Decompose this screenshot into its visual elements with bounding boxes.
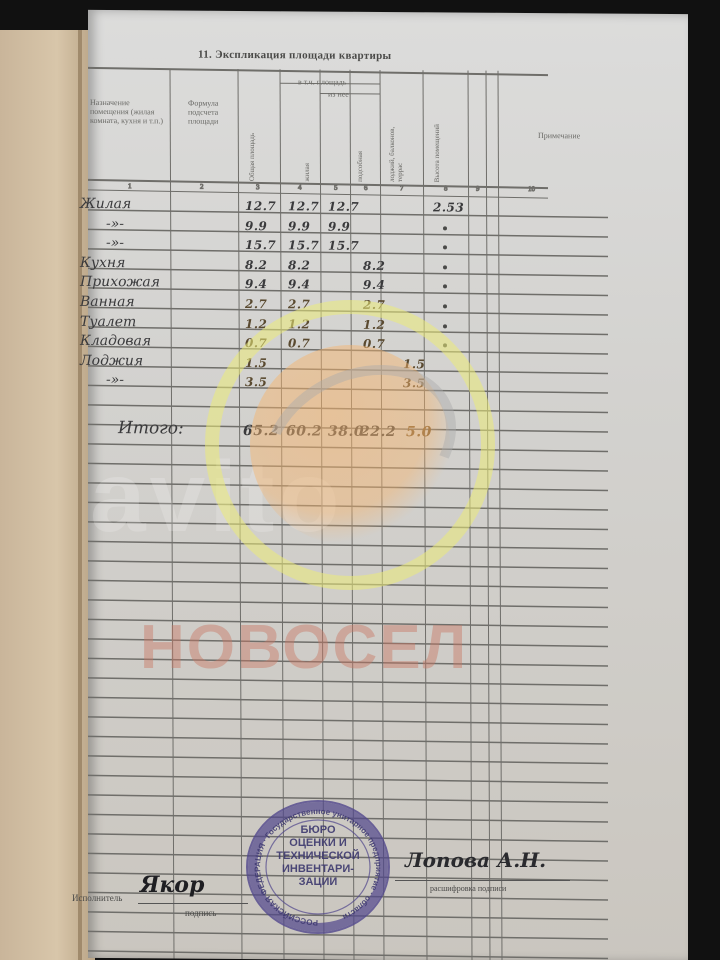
cell-main: 12.7: [328, 200, 359, 214]
book-spine-edge: [78, 30, 82, 960]
cell-main: 9.9: [328, 219, 350, 233]
cell-living: 9.4: [288, 278, 310, 292]
watermark-text: НОВОСЕЛ: [140, 612, 468, 683]
svg-text:9: 9: [476, 185, 480, 193]
room-name: Кладовая: [80, 333, 151, 349]
decode-signature-line: [395, 880, 570, 881]
header-subgroup: из нее: [328, 90, 349, 99]
executor-label: Исполнитель: [72, 893, 122, 903]
room-name: Туалет: [80, 313, 136, 329]
svg-text:7: 7: [400, 184, 404, 192]
room-name: Жилая: [80, 196, 131, 212]
cell-total: 9.4: [245, 277, 267, 291]
executor-signature: Якор: [140, 872, 204, 898]
executor-signature-line: [138, 903, 248, 904]
svg-text:5: 5: [334, 184, 338, 192]
ditto-mark: [443, 226, 447, 230]
header-note: Примечание: [538, 131, 580, 140]
decode-signature: Лопова А.Н.: [405, 848, 546, 872]
header-height: Высота помещений: [433, 102, 441, 182]
ditto-mark: [443, 324, 447, 328]
cell-living: 12.7: [288, 199, 319, 213]
ditto-mark: [443, 304, 447, 308]
header-group: в т.ч. площадь: [298, 77, 346, 86]
svg-text:3: 3: [256, 183, 260, 191]
official-stamp: РОССИЙСКАЯ ФЕДЕРАЦИЯ · Государственное у…: [246, 800, 390, 934]
room-name: Прихожая: [80, 274, 160, 291]
room-name: -»-: [106, 235, 124, 251]
header-aux: подсобная: [356, 132, 364, 182]
room-name: -»-: [106, 372, 124, 388]
cell-main: 15.7: [328, 239, 359, 253]
header-total-area: Общая площадь: [248, 81, 256, 181]
cell-total: 2.7: [245, 297, 267, 311]
cell-aux: 8.2: [363, 259, 385, 273]
watermark-logo-ring: [205, 300, 495, 590]
cell-aux: 9.4: [363, 278, 385, 292]
svg-text:10: 10: [528, 185, 535, 193]
svg-text:2: 2: [200, 183, 204, 191]
cell-living: 8.2: [288, 258, 310, 272]
header-purpose: Назначение помещения (жилая комната, кух…: [90, 98, 170, 126]
ditto-mark: [443, 265, 447, 269]
room-name: -»-: [106, 216, 124, 232]
stamp-center-text: БЮРООЦЕНКИ ИТЕХНИЧЕСКОЙИНВЕНТАРИ-ЗАЦИИ: [248, 824, 388, 889]
cell-total: 15.7: [245, 238, 276, 252]
cell-total: 8.2: [245, 258, 267, 272]
signature-label: подпись: [185, 908, 216, 918]
cell-living: 9.9: [288, 219, 310, 233]
svg-text:8: 8: [444, 184, 448, 192]
cell-living: 15.7: [288, 238, 319, 252]
svg-text:1: 1: [128, 182, 132, 190]
cell-total: 9.9: [245, 219, 267, 233]
cell-height: 2.53: [433, 200, 464, 214]
room-name: Кухня: [80, 255, 125, 271]
header-formula: Формула подсчета площади: [188, 99, 248, 126]
header-living: жилая: [303, 131, 311, 181]
room-name: Лоджия: [80, 353, 143, 369]
svg-text:4: 4: [298, 183, 302, 191]
decode-label: расшифровка подписи: [430, 884, 506, 893]
header-balcony: лоджий, балконов, террас: [388, 112, 404, 182]
cell-total: 12.7: [245, 199, 276, 213]
room-name: Ванная: [80, 294, 135, 310]
totals-label: Итого:: [118, 418, 184, 438]
left-page: [0, 30, 95, 960]
svg-text:6: 6: [364, 184, 368, 192]
